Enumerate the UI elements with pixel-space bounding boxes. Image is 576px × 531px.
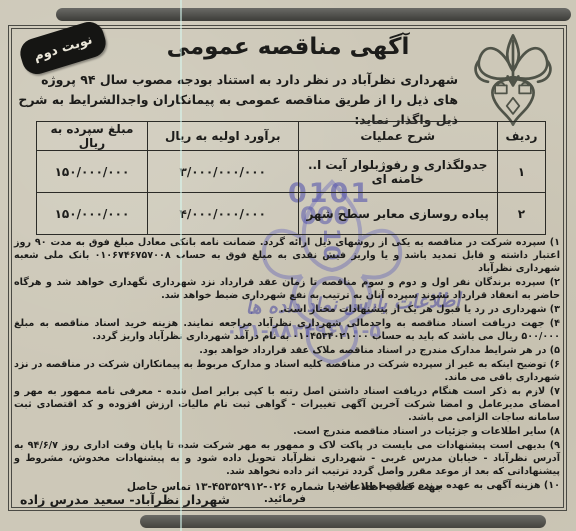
- round-badge-label: نوبت دوم: [32, 32, 94, 64]
- mayor-signature: شهردار نظرآباد- سعید مدرس زاده: [20, 492, 230, 507]
- municipality-emblem-logo: [466, 30, 560, 130]
- condition-item-3: ۳) شهرداری در رد یا قبول هر یک از پیشنها…: [14, 303, 560, 316]
- table-header-row: ردیف شرح عملیات برآورد اولیه به ریال مبل…: [37, 122, 546, 151]
- cell-row-no: ۱: [497, 151, 545, 193]
- condition-item-6: ۶) توضیح اینکه به غیر از سپرده شرکت در م…: [14, 358, 560, 384]
- col-header-deposit: مبلغ سپرده به ریال: [37, 122, 148, 151]
- tulip-emblem-icon: [466, 30, 560, 130]
- cell-desc: جدولگذاری و رفوژبلوار آیت ا.. خامنه ای: [298, 151, 497, 193]
- col-header-row-no: ردیف: [497, 122, 545, 151]
- notice-title: آگهی مناقصه عمومی: [118, 34, 458, 60]
- condition-item-8: ۸) سایر اطلاعات و جزئیات در اسناد مناقصه…: [14, 425, 560, 438]
- scan-top-rule: [56, 8, 571, 21]
- condition-item-5: ۵) در هر شرایط مدارک مندرج در اسناد مناق…: [14, 344, 560, 357]
- scan-bottom-rule: [140, 515, 546, 528]
- condition-item-4: ۴) جهت دریافت اسناد مناقصه به واحدمالی ش…: [14, 317, 560, 343]
- cell-estimate: ۳/۰۰۰/۰۰۰/۰۰۰: [147, 151, 298, 193]
- condition-item-7: ۷) لازم به ذکر است هنگام دریافت اسناد دا…: [14, 385, 560, 424]
- conditions-list: ۱) سپرده شرکت در مناقصه به یکی از روشهای…: [14, 236, 560, 493]
- table-row: ۱ جدولگذاری و رفوژبلوار آیت ا.. خامنه ای…: [37, 151, 546, 193]
- condition-item-9: ۹) بدیهی است پیشنهادات می بایست در پاکت …: [14, 439, 560, 478]
- condition-item-1: ۱) سپرده شرکت در مناقصه به یکی از روشهای…: [14, 236, 560, 275]
- table-row: ۲ پیاده روسازی معابر سطح شهر ۴/۰۰۰/۰۰۰/۰…: [37, 193, 546, 235]
- cell-desc: پیاده روسازی معابر سطح شهر: [298, 193, 497, 235]
- condition-item-2: ۲) سپرده برندگان نفر اول و دوم و سوم منا…: [14, 276, 560, 302]
- scanned-tender-notice: { "badge": { "label": "نوبت دوم" }, "hea…: [0, 0, 576, 531]
- cell-deposit: ۱۵۰/۰۰۰/۰۰۰: [37, 193, 148, 235]
- cell-estimate: ۴/۰۰۰/۰۰۰/۰۰۰: [147, 193, 298, 235]
- col-header-estimate: برآورد اولیه به ریال: [147, 122, 298, 151]
- col-header-desc: شرح عملیات: [298, 122, 497, 151]
- projects-table: ردیف شرح عملیات برآورد اولیه به ریال مبل…: [36, 121, 546, 235]
- cell-row-no: ۲: [497, 193, 545, 235]
- cell-deposit: ۱۵۰/۰۰۰/۰۰۰: [37, 151, 148, 193]
